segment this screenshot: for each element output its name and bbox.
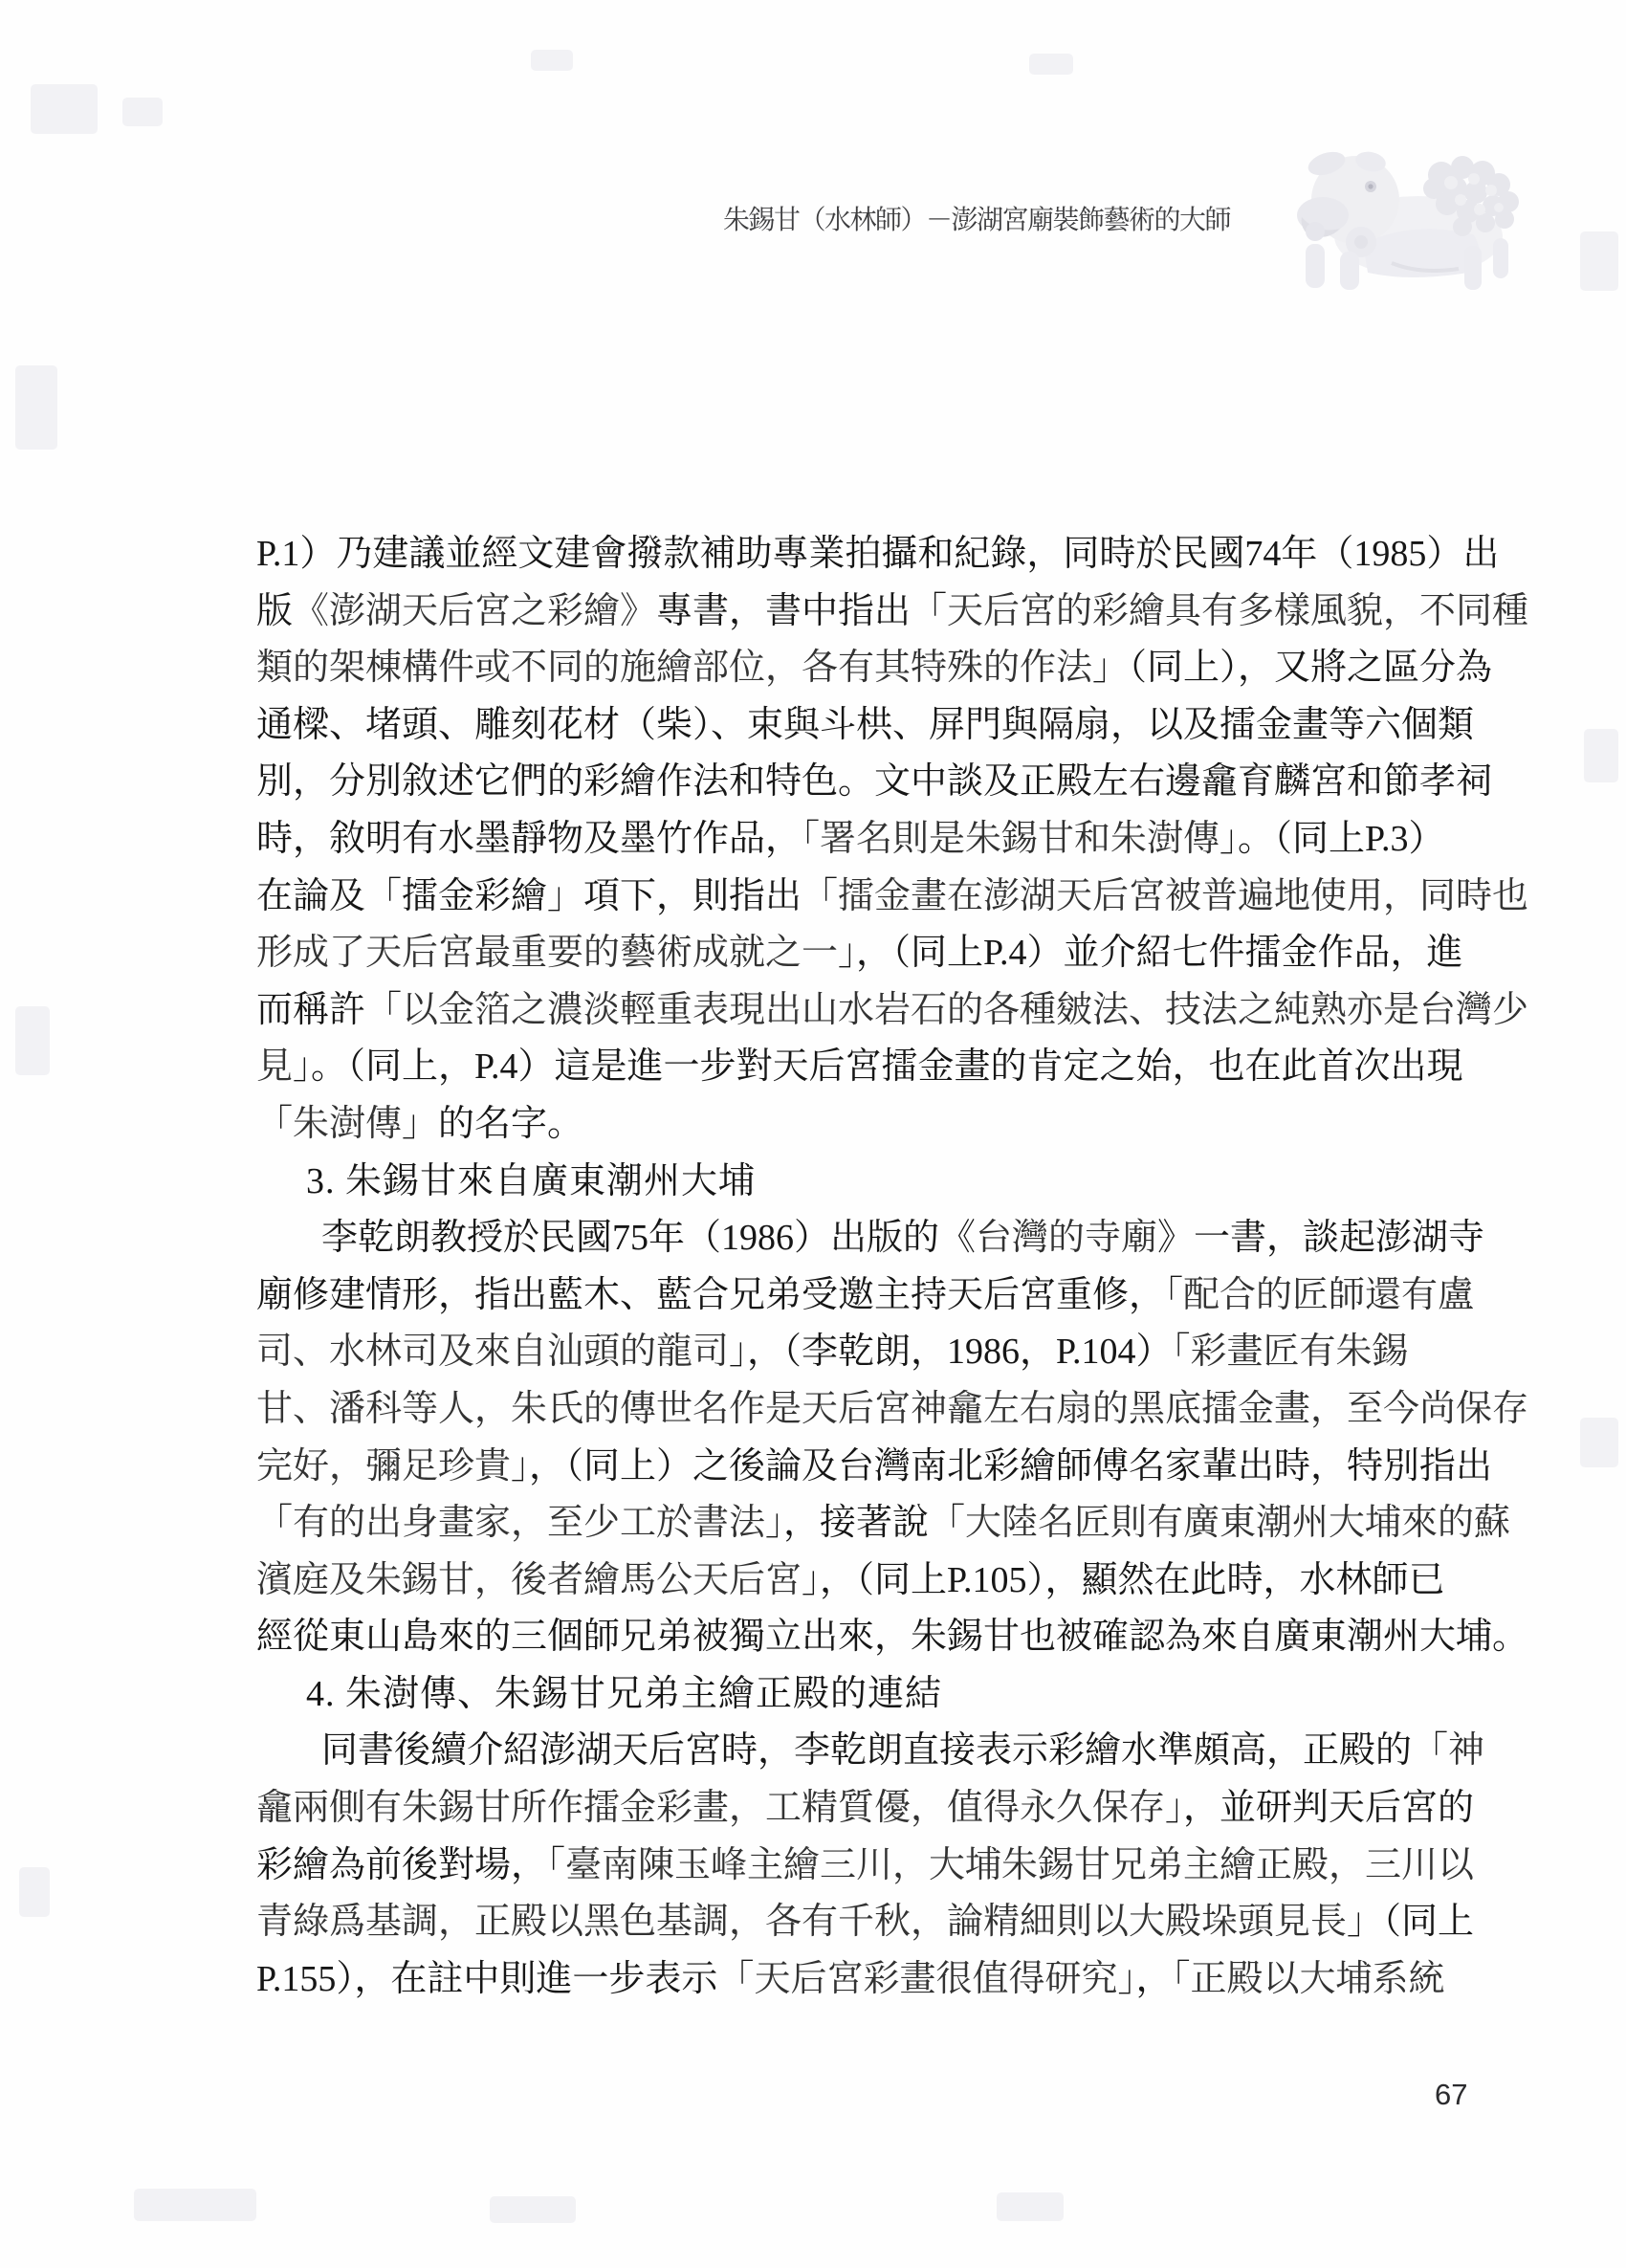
text-line: 而稱許「以金箔之濃淡輕重表現出山水岩石的各種皴法、技法之純熟亦是台灣少 [256,982,1385,1040]
text-segment: 時，敘明有水墨靜物及墨竹作品，「 [256,819,820,859]
text-segment: 」。（同上P.3） [1219,819,1444,859]
text-segment: 」，接著說「 [765,1503,965,1543]
text-segment: 通樑、堵頭、雕刻花材（柴）、束與斗栱、屏門與隔扇，以及擂金畫等六個類 [256,705,1474,745]
quoted-text-segment: 天后宮彩畫很值得研究 [754,1959,1117,1999]
quoted-text-segment: 朱澍傳 [293,1104,402,1144]
text-segment: 」（同上），又將之區分為 [1092,648,1492,688]
page-number: 67 [1435,2078,1467,2112]
scan-artifact [134,2189,256,2221]
text-segment: 4. 朱澍傳、朱錫甘兄弟主繪正殿的連結 [306,1674,942,1714]
text-line: 時，敘明有水墨靜物及墨竹作品，「署名則是朱錫甘和朱澍傳」。（同上P.3） [256,811,1385,869]
text-segment: 」，（李乾朗，1986，P.104）「 [729,1332,1190,1372]
text-line: 別，分別敘述它們的彩繪作法和特色。文中談及正殿左右邊龕育麟宮和節孝祠 [256,754,1385,811]
text-segment: 廟修建情形，指出藍木、藍合兄弟受邀主持天后宮重修，「 [256,1275,1183,1315]
quoted-text-segment: 完好，彌足珍貴 [256,1446,511,1486]
text-segment: 李乾朗教授於民國75年（1986）出版的《 [321,1218,976,1258]
text-line: 廟修建情形，指出藍木、藍合兄弟受邀主持天后宮重修，「配合的匠師還有盧 [256,1267,1385,1325]
quoted-text-segment: 司、水林司及來自汕頭的龍司 [256,1332,729,1372]
text-segment: 」。（同上，P.4）這是進一步對天后宮擂金畫的肯定之始，也在此首次出現 [293,1046,1462,1087]
text-line: 甘、潘科等人，朱氏的傳世名作是天后宮神龕左右扇的黑底擂金畫，至今尚保存 [256,1381,1385,1439]
text-segment: 》一書，談起澎湖寺 [1157,1218,1484,1258]
quoted-text-segment: 青綠爲基調，正殿以黑色基調，各有千秋，論精細則以大殿垛頭見長 [256,1902,1347,1942]
text-segment: 」，（同上）之後論及台灣南北彩繪師傅名家輩出時，特別指出 [511,1446,1492,1486]
text-line: 完好，彌足珍貴」，（同上）之後論及台灣南北彩繪師傅名家輩出時，特別指出 [256,1439,1385,1496]
text-line: 通樑、堵頭、雕刻花材（柴）、束與斗栱、屏門與隔扇，以及擂金畫等六個類 [256,697,1385,755]
quoted-text-segment: 大陸名匠則有廣東潮州大埔來的蘇 [965,1503,1510,1543]
quoted-text-segment: 正殿以大埔系統 [1190,1959,1444,1999]
quoted-text-segment: 見 [256,1046,293,1087]
scan-artifact [1580,231,1618,291]
text-segment: 在論及「擂金彩繪」項下，則指出「 [256,876,838,916]
body-text: P.1）乃建議並經文建會撥款補助專業拍攝和紀錄，同時於民國74年（1985）出版… [256,526,1385,2008]
text-segment: 「 [256,1104,293,1144]
quoted-text-segment: 台灣的寺廟 [976,1218,1157,1258]
text-line: 彩繪為前後對場，「臺南陳玉峰主繪三川，大埔朱錫甘兄弟主繪正殿，三川以 [256,1838,1385,1895]
running-header-title: 朱錫甘（水林師）－澎湖宮廟裝飾藝術的大師 [723,199,1230,237]
scan-artifact [1584,729,1618,782]
section-heading: 3. 朱錫甘來自廣東潮州大埔 [256,1154,1385,1211]
text-line: 見」。（同上，P.4）這是進一步對天后宮擂金畫的肯定之始，也在此首次出現 [256,1039,1385,1096]
quoted-text-segment: 署名則是朱錫甘和朱澍傳 [820,819,1219,859]
quoted-text-segment: 龕兩側有朱錫甘所作擂金彩畫，工精質優，值得永久保存 [256,1788,1165,1828]
quoted-text-segment: 《澎湖天后宮之彩繪》 [293,591,656,631]
quoted-text-segment: 天后宮的彩繪具有多樣風貌，不同種 [947,591,1528,631]
quoted-text-segment: 類的架棟構件或不同的施繪部位，各有其特殊的作法 [256,648,1092,688]
text-segment: P.1）乃建議並經文建會撥款補助專業拍攝和紀錄，同時於民國74年（1985）出 [256,534,1499,574]
text-line: P.155），在註中則進一步表示「天后宮彩畫很值得研究」，「正殿以大埔系統 [256,1951,1385,2009]
text-line: 李乾朗教授於民國75年（1986）出版的《台灣的寺廟》一書，談起澎湖寺 [256,1210,1385,1267]
text-line: 在論及「擂金彩繪」項下，則指出「擂金畫在澎湖天后宮被普遍地使用，同時也 [256,869,1385,926]
scan-artifact [1580,1418,1618,1467]
quoted-text-segment: 有的出身畫家，至少工於書法 [293,1503,765,1543]
text-segment: 專書，書中指出「 [656,591,947,631]
quoted-text-segment: 甘、潘科等人，朱氏的傳世名作是天后宮神龕左右扇的黑底擂金畫，至今尚保存 [256,1389,1528,1429]
quoted-text-segment: 形成了天后宮最重要的藝術成就之一 [256,933,838,973]
scan-artifact [997,2192,1064,2221]
text-line: 經從東山島來的三個師兄弟被獨立出來，朱錫甘也被確認為來自廣東潮州大埔。 [256,1609,1385,1666]
text-line: 「有的出身畫家，至少工於書法」，接著說「大陸名匠則有廣東潮州大埔來的蘇 [256,1495,1385,1552]
text-segment: 」（同上 [1347,1902,1474,1942]
text-segment: 別，分別敘述它們的彩繪作法和特色。文中談及正殿左右邊龕育麟宮和節孝祠 [256,761,1492,802]
quoted-text-segment: 以金箔之濃淡輕重表現出山水岩石的各種皴法、技法之純熟亦是台灣少 [402,990,1528,1030]
quoted-text-segment: 濱庭及朱錫甘，後者繪馬公天后宮 [256,1560,802,1600]
text-segment: 」，「 [1117,1959,1190,1999]
scan-artifact [490,2196,576,2223]
text-segment: 而稱許「 [256,990,402,1030]
text-line: 版《澎湖天后宮之彩繪》專書，書中指出「天后宮的彩繪具有多樣風貌，不同種 [256,584,1385,641]
quoted-text-segment: 神 [1448,1730,1484,1771]
text-segment: 「 [256,1503,293,1543]
text-segment: 版 [256,591,293,631]
scan-artifact [15,365,57,450]
text-line: 司、水林司及來自汕頭的龍司」，（李乾朗，1986，P.104）「彩畫匠有朱錫 [256,1324,1385,1381]
text-line: 類的架棟構件或不同的施繪部位，各有其特殊的作法」（同上），又將之區分為 [256,640,1385,697]
text-line: 龕兩側有朱錫甘所作擂金彩畫，工精質優，值得永久保存」，並研判天后宮的 [256,1780,1385,1838]
text-segment: 3. 朱錫甘來自廣東潮州大埔 [306,1161,756,1201]
text-segment: 彩繪為前後對場，「 [256,1845,565,1885]
quoted-text-segment: 配合的匠師還有盧 [1183,1275,1474,1315]
text-segment: 」，並研判天后宮的 [1165,1788,1474,1828]
text-line: 形成了天后宮最重要的藝術成就之一」，（同上P.4）並介紹七件擂金作品，進 [256,925,1385,982]
text-segment: 經從東山島來的三個師兄弟被獨立出來，朱錫甘也被確認為來自廣東潮州大埔。 [256,1617,1528,1657]
scan-artifact [15,1006,50,1075]
section-heading: 4. 朱澍傳、朱錫甘兄弟主繪正殿的連結 [256,1666,1385,1724]
scan-artifact [531,50,573,71]
scan-artifact [122,98,163,126]
text-line: 同書後續介紹澎湖天后宮時，李乾朗直接表示彩繪水準頗高，正殿的「神 [256,1723,1385,1780]
stone-lion-relief-image [1248,129,1535,297]
scan-artifact [1029,54,1073,75]
text-segment: 同書後續介紹澎湖天后宮時，李乾朗直接表示彩繪水準頗高，正殿的「 [321,1730,1448,1771]
text-line: 濱庭及朱錫甘，後者繪馬公天后宮」，（同上P.105），顯然在此時，水林師已 [256,1552,1385,1610]
quoted-text-segment: 擂金畫在澎湖天后宮被普遍地使用，同時也 [838,876,1528,916]
quoted-text-segment: 臺南陳玉峰主繪三川，大埔朱錫甘兄弟主繪正殿，三川以 [565,1845,1474,1885]
text-line: P.1）乃建議並經文建會撥款補助專業拍攝和紀錄，同時於民國74年（1985）出 [256,526,1385,584]
scan-artifact [19,1867,50,1917]
text-segment: 」，（同上P.4）並介紹七件擂金作品，進 [838,933,1462,973]
text-line: 青綠爲基調，正殿以黑色基調，各有千秋，論精細則以大殿垛頭見長」（同上 [256,1894,1385,1951]
text-segment: 」，（同上P.105），顯然在此時，水林師已 [802,1560,1444,1600]
text-line: 「朱澍傳」的名字。 [256,1096,1385,1154]
text-segment: 」的名字。 [402,1104,583,1144]
quoted-text-segment: 彩畫匠有朱錫 [1190,1332,1408,1372]
book-page: 朱錫甘（水林師）－澎湖宮廟裝飾藝術的大師 [0,0,1626,2268]
scan-artifact [31,84,98,134]
text-segment: P.155），在註中則進一步表示「 [256,1959,754,1999]
